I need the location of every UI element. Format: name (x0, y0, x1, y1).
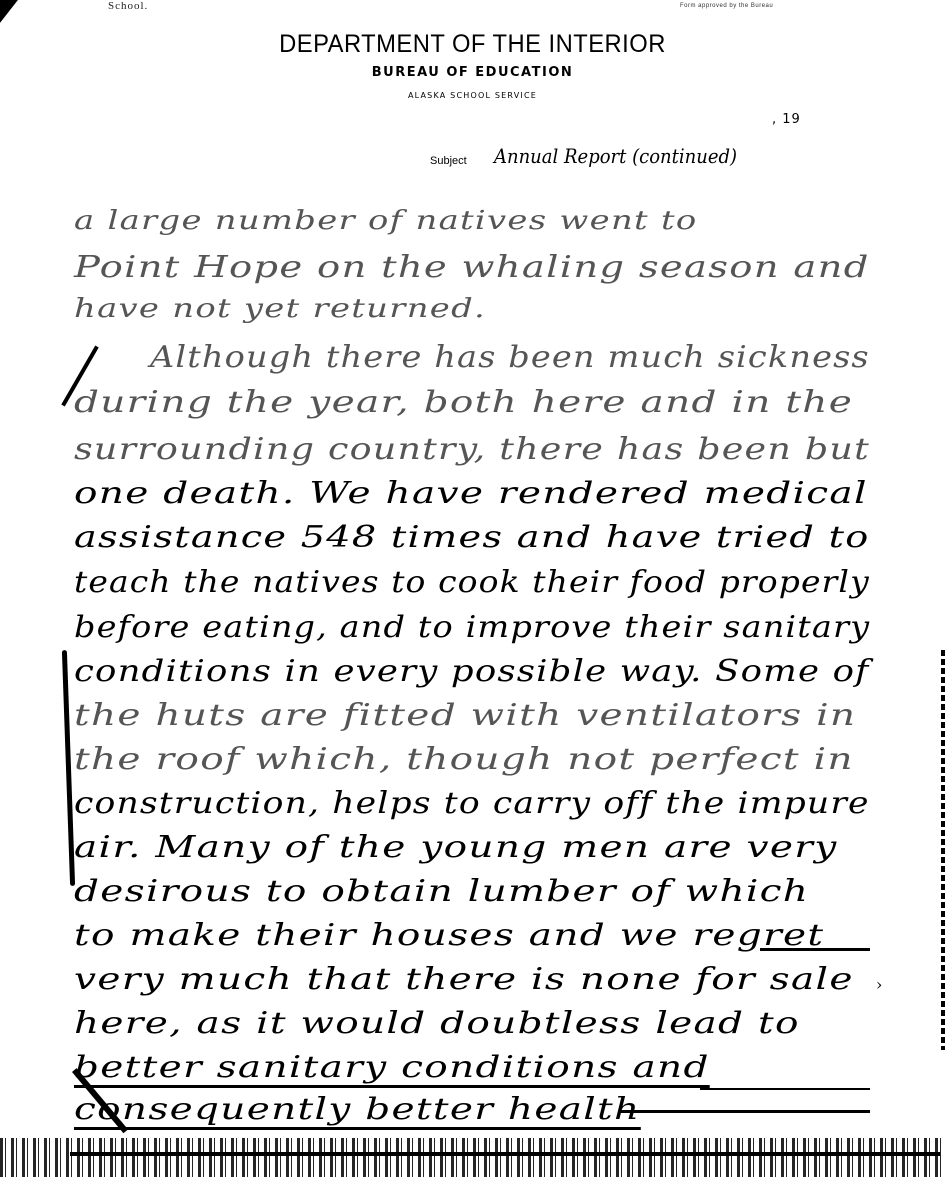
body-line: surrounding country, there has been but (74, 432, 870, 467)
date-year: , 19 (772, 112, 801, 127)
body-line: have not yet returned. (74, 294, 486, 324)
body-line: the roof which, though not perfect in (74, 742, 854, 777)
body-line: consequently better health (74, 1092, 640, 1130)
body-line: during the year, both here and in the (74, 385, 853, 420)
body-line: desirous to obtain lumber of which (74, 874, 809, 909)
body-line: to make their houses and we regret (74, 918, 824, 953)
body-line: air. Many of the young men are very (74, 830, 838, 865)
form-number: Form approved by the Bureau (680, 3, 773, 9)
body-line: conditions in every possible way. Some o… (74, 654, 869, 689)
body-line: Point Hope on the whaling season and (74, 250, 870, 285)
body-line: one death. We have rendered medical (74, 476, 868, 511)
body-line: before eating, and to improve their sani… (74, 610, 870, 645)
scan-edge-artifact (941, 650, 945, 1050)
body-line: better sanitary conditions and (74, 1050, 710, 1088)
body-line: assistance 548 times and have tried to (74, 520, 870, 555)
letterhead-department: DEPARTMENT OF THE INTERIOR (24, 30, 922, 59)
margin-arrow-icon: › (876, 975, 882, 994)
trailing-rule (620, 1110, 870, 1113)
body-line: the huts are fitted with ventilators in (74, 698, 856, 733)
scan-noise-bottom (0, 1138, 945, 1177)
letterhead-bureau: BUREAU OF EDUCATION (0, 65, 945, 80)
subject-value: Annual Report (continued) (494, 144, 737, 168)
scan-bottom-line (70, 1152, 940, 1156)
corner-label: School. (108, 0, 148, 12)
body-line: construction, helps to carry off the imp… (74, 786, 870, 821)
letterhead-service: ALASKA SCHOOL SERVICE (0, 91, 945, 100)
trailing-rule (700, 1088, 870, 1090)
body-line: Although there has been much sickness (150, 340, 870, 375)
body-line: very much that there is none for sale (74, 962, 854, 997)
body-line: here, as it would doubtless lead to (74, 1006, 800, 1041)
subject-label: Subject (430, 155, 467, 167)
body-line: teach the natives to cook their food pro… (74, 565, 870, 600)
trailing-rule (760, 948, 870, 951)
body-line: a large number of natives went to (74, 206, 697, 236)
